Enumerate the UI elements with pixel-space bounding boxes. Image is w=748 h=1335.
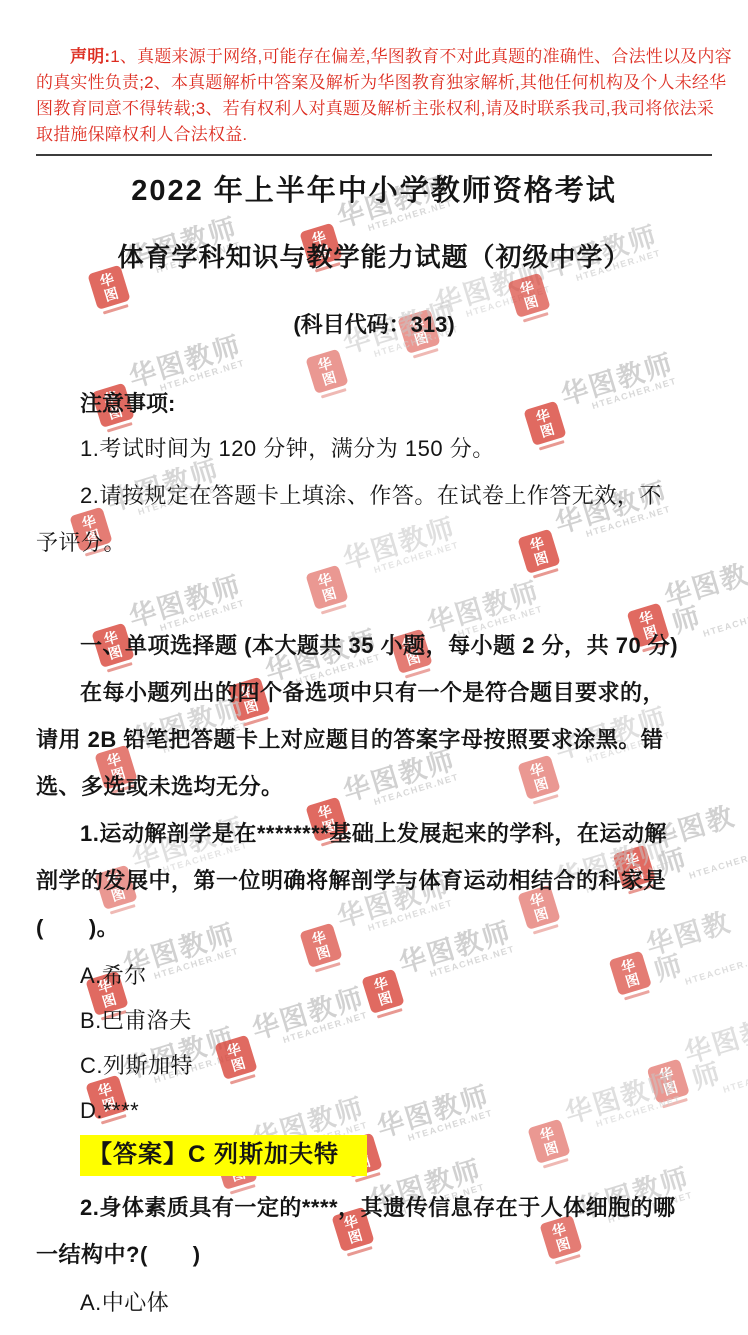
section-heading: 一、单项选择题 (本大题共 35 小题，每小题 2 分，共 70 分) xyxy=(36,622,712,669)
disclaimer: 声明:1、真题来源于网络,可能存在偏差,华图教育不对此真题的准确性、合法性以及内… xyxy=(36,44,712,148)
answer-text: 【答案】C 列斯加夫特 xyxy=(88,1141,339,1168)
question-2-stem: 2.身体素质具有一定的****，其遗传信息存在于人体细胞的哪一结构中?( ) xyxy=(36,1184,712,1278)
exam-paper-page: 华 图华图教师HTEACHER.NET华 图华图教师HTEACHER.NET华 … xyxy=(0,0,748,1335)
divider-line xyxy=(36,154,712,156)
subject-code: (科目代码：313) xyxy=(36,310,712,339)
option-item: A.希尔 xyxy=(36,953,712,998)
notice-item-2: 2.请按规定在答题卡上填涂、作答。在试卷上作答无效，不予评分。 xyxy=(36,472,712,566)
notice-heading: 注意事项: xyxy=(36,389,712,419)
option-item: C.列斯加特 xyxy=(36,1043,712,1088)
option-item: B.巴甫洛夫 xyxy=(36,998,712,1043)
exam-subtitle: 体育学科知识与教学能力试题（初级中学） xyxy=(36,240,712,274)
question-1-options: A.希尔B.巴甫洛夫C.列斯加特D.**** xyxy=(36,953,712,1133)
notice-item-1: 1.考试时间为 120 分钟，满分为 150 分。 xyxy=(36,425,712,472)
option-item: D.**** xyxy=(36,1088,712,1133)
disclaimer-label: 声明: xyxy=(70,47,110,66)
answer-highlight: 【答案】C 列斯加夫特 xyxy=(80,1135,367,1176)
disclaimer-text: 1、真题来源于网络,可能存在偏差,华图教育不对此真题的准确性、合法性以及内容的真… xyxy=(36,47,732,144)
question-1-stem: 1.运动解剖学是在********基础上发展起来的学科，在运动解剖学的发展中，第… xyxy=(36,810,712,951)
question-2-options: A.中心体 xyxy=(36,1280,712,1325)
option-item: A.中心体 xyxy=(36,1280,712,1325)
exam-title: 2022 年上半年中小学教师资格考试 xyxy=(36,172,712,210)
document-content: 声明:1、真题来源于网络,可能存在偏差,华图教育不对此真题的准确性、合法性以及内… xyxy=(0,0,748,1325)
section-instructions: 在每小题列出的四个备选项中只有一个是符合题目要求的，请用 2B 铅笔把答题卡上对… xyxy=(36,669,712,810)
